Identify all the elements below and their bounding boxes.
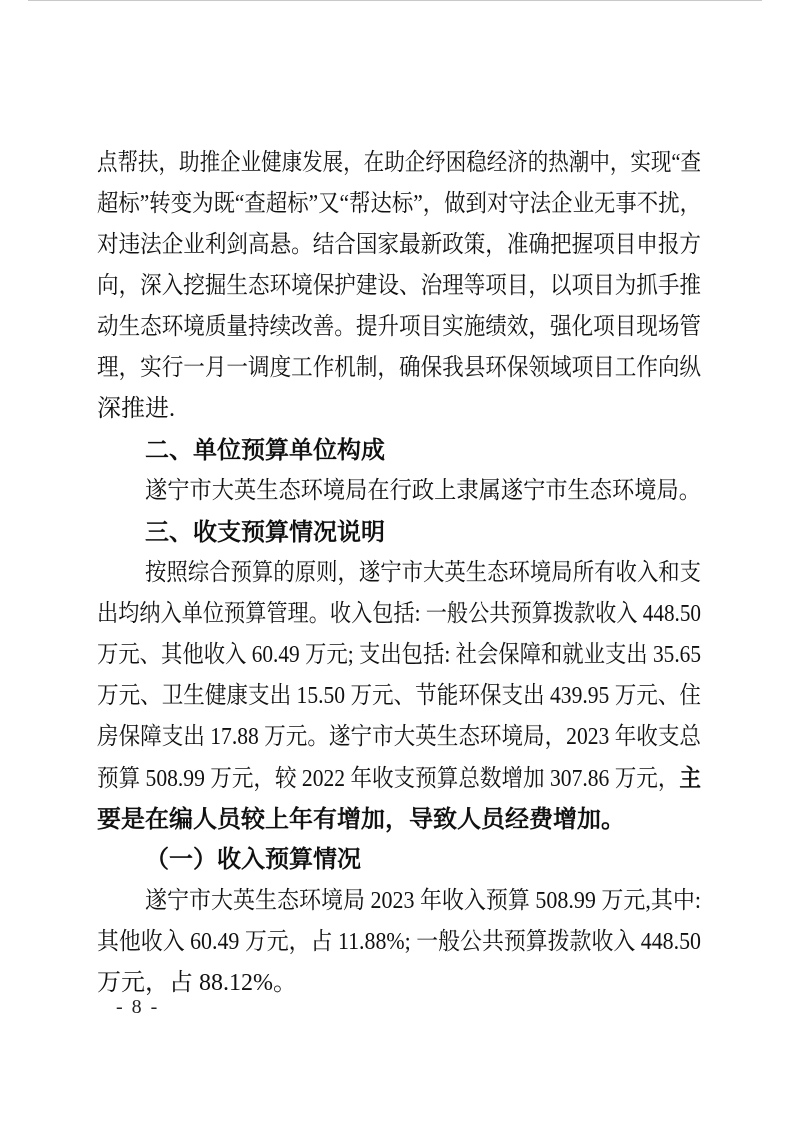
- body-line-mixed: 预算 508.99 万元，较 2022 年收支预算总数增加 307.86 万元，…: [97, 758, 701, 799]
- body-line: 房保障支出 17.88 万元。遂宁市大英生态环境局，2023 年收支总: [97, 717, 701, 758]
- body-line-text: 万元、卫生健康支出 15.50 万元、节能环保支出 439.95 万元、住: [97, 676, 701, 717]
- body-line-text: 深推进.: [97, 389, 175, 430]
- body-line-text: 其他收入 60.49 万元，占 11.88%; 一般公共预算拨款收入 448.5…: [97, 922, 701, 963]
- page-number-text: - 8 -: [116, 996, 159, 1018]
- body-line-text: 对违法企业利剑高悬。结合国家最新政策，准确把握项目申报方: [97, 225, 701, 266]
- body-line-text: 房保障支出 17.88 万元。遂宁市大英生态环境局，2023 年收支总: [97, 717, 701, 758]
- body-line-text: 要是在编人员较上年有增加，导致人员经费增加。: [97, 799, 625, 840]
- section2-heading: 二、单位预算单位构成: [97, 430, 701, 471]
- body-line: 超标”转变为既“查超标”又“帮达标”，做到对守法企业无事不扰，: [97, 184, 701, 225]
- document-page: 点帮扶，助推企业健康发展，在助企纾困稳经济的热潮中，实现“查 超标”转变为既“查…: [0, 0, 793, 1122]
- body-line-text: 理，实行一月一调度工作机制，确保我县环保领域项目工作向纵: [97, 348, 701, 389]
- body-line-text: 预算 508.99 万元，较 2022 年收支预算总数增加 307.86 万元，…: [97, 758, 701, 800]
- body-line-text: 超标”转变为既“查超标”又“帮达标”，做到对守法企业无事不扰，: [97, 184, 701, 225]
- section2-body: 遂宁市大英生态环境局在行政上隶属遂宁市生态环境局。: [97, 471, 701, 512]
- body-line-bold-segment: 主: [679, 765, 701, 792]
- body-line: 动生态环境质量持续改善。提升项目实施绩效，强化项目现场管: [97, 307, 701, 348]
- body-line: 其他收入 60.49 万元，占 11.88%; 一般公共预算拨款收入 448.5…: [97, 922, 701, 963]
- body-line: 万元，占 88.12%。: [97, 963, 701, 1004]
- page-number: - 8 -: [116, 995, 159, 1019]
- body-line: 万元、卫生健康支出 15.50 万元、节能环保支出 439.95 万元、住: [97, 676, 701, 717]
- body-line-text: 按照综合预算的原则，遂宁市大英生态环境局所有收入和支: [145, 553, 701, 594]
- body-line: 按照综合预算的原则，遂宁市大英生态环境局所有收入和支: [97, 553, 701, 594]
- body-line-bold: 要是在编人员较上年有增加，导致人员经费增加。: [97, 799, 701, 840]
- body-line: 深推进.: [97, 389, 701, 430]
- body-line-normal-segment: 预算 508.99 万元，较 2022 年收支预算总数增加 307.86 万元，: [97, 766, 679, 792]
- body-line-text: 动生态环境质量持续改善。提升项目实施绩效，强化项目现场管: [97, 307, 701, 348]
- text-block: 点帮扶，助推企业健康发展，在助企纾困稳经济的热潮中，实现“查 超标”转变为既“查…: [97, 143, 701, 1004]
- scan-artifact-line: [28, 0, 762, 1]
- income-subheading: （一）收入预算情况: [97, 840, 701, 881]
- section3-heading-text: 三、收支预算情况说明: [145, 512, 385, 553]
- body-line: 遂宁市大英生态环境局 2023 年收入预算 508.99 万元,其中:: [97, 881, 701, 922]
- body-line: 对违法企业利剑高悬。结合国家最新政策，准确把握项目申报方: [97, 225, 701, 266]
- section2-body-text: 遂宁市大英生态环境局在行政上隶属遂宁市生态环境局。: [145, 471, 701, 512]
- body-line: 万元、其他收入 60.49 万元; 支出包括: 社会保障和就业支出 35.65: [97, 635, 701, 676]
- body-line-text: 出均纳入单位预算管理。收入包括: 一般公共预算拨款收入 448.50: [97, 594, 701, 635]
- body-line-text: 万元、其他收入 60.49 万元; 支出包括: 社会保障和就业支出 35.65: [97, 635, 701, 676]
- section3-heading: 三、收支预算情况说明: [97, 512, 701, 553]
- body-line: 向，深入挖掘生态环境保护建设、治理等项目，以项目为抓手推: [97, 266, 701, 307]
- body-line-text: 遂宁市大英生态环境局 2023 年收入预算 508.99 万元,其中:: [145, 881, 701, 922]
- section2-heading-text: 二、单位预算单位构成: [145, 430, 385, 471]
- body-line: 出均纳入单位预算管理。收入包括: 一般公共预算拨款收入 448.50: [97, 594, 701, 635]
- body-line-text: 向，深入挖掘生态环境保护建设、治理等项目，以项目为抓手推: [97, 266, 701, 307]
- body-line: 理，实行一月一调度工作机制，确保我县环保领域项目工作向纵: [97, 348, 701, 389]
- body-line-text: 点帮扶，助推企业健康发展，在助企纾困稳经济的热潮中，实现“查: [97, 143, 701, 184]
- income-subheading-text: （一）收入预算情况: [145, 840, 361, 881]
- body-line: 点帮扶，助推企业健康发展，在助企纾困稳经济的热潮中，实现“查: [97, 143, 701, 184]
